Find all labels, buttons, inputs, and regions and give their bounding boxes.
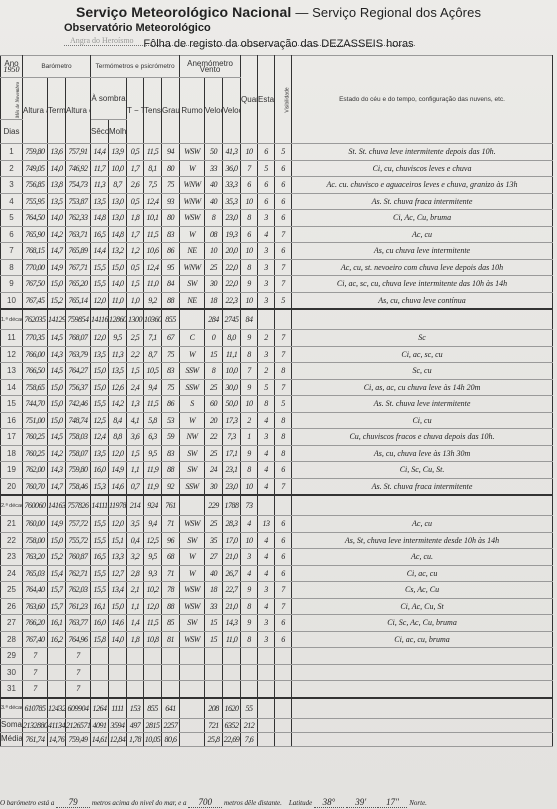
apparent-height-cell: 7 xyxy=(23,648,48,665)
wet-temp-cell: 12,84 xyxy=(109,732,127,746)
wind-direction-cell: SW xyxy=(180,445,205,462)
visibility-cell: 7 xyxy=(275,379,292,396)
wind-speed-cell: 208 xyxy=(205,698,223,719)
cloud-amount-cell xyxy=(241,681,258,698)
apparent-height-cell: 761,74 xyxy=(23,732,48,746)
visibility-cell xyxy=(275,495,292,516)
wet-temp-cell: 14,6 xyxy=(109,615,127,632)
attached-thermometer-cell: 16,2 xyxy=(48,631,66,648)
cloud-amount-cell: 9 xyxy=(241,276,258,293)
temp-diff-cell: 1,4 xyxy=(127,615,144,632)
corrected-height-cell: 768,07 xyxy=(66,330,91,347)
cloud-amount-cell: 4 xyxy=(241,516,258,533)
wind-speed-cell: 18 xyxy=(205,292,223,309)
dry-temp-cell: 14,61 xyxy=(91,732,109,746)
observation-sheet: Serviço Meteorológico Nacional — Serviço… xyxy=(0,0,557,809)
humidity-cell: 86 xyxy=(162,243,180,260)
attached-thermometer-cell: 14,0 xyxy=(48,160,66,177)
vapor-tension-cell: 9,4 xyxy=(144,379,162,396)
wind-direction-cell: WSW xyxy=(180,516,205,533)
footer: O barómetro está a 79 metros acima do ni… xyxy=(0,797,557,808)
wind-speed-cell: 25 xyxy=(205,379,223,396)
visibility-cell: 6 xyxy=(275,615,292,632)
apparent-height-cell: 751,00 xyxy=(23,412,48,429)
day-number: 6 xyxy=(1,226,23,243)
corrected-height-cell: 759854 xyxy=(66,309,91,330)
table-row: 17760,2514,5758,0312,48,83,66,359NW227,3… xyxy=(1,429,553,446)
wind-speed-mean-cell: 22,0 xyxy=(223,276,241,293)
summary-row: 3.ª década610785124326099041264111115385… xyxy=(1,698,553,719)
wet-temp-cell: 12,7 xyxy=(109,565,127,582)
corrected-height-cell: 753,87 xyxy=(66,193,91,210)
temp-diff-cell: 3,5 xyxy=(127,516,144,533)
table-row: 2977 xyxy=(1,648,553,665)
table-row: 15744,7015,0742,4615,514,21,311,586S6050… xyxy=(1,396,553,413)
humidity-cell: 78 xyxy=(162,582,180,599)
sea-state-cell: 6 xyxy=(258,193,275,210)
altitude-value: 79 xyxy=(56,797,90,808)
wind-speed-cell: 40 xyxy=(205,565,223,582)
visibility-cell: 5 xyxy=(275,292,292,309)
wind-speed-mean-cell: 33,3 xyxy=(223,177,241,194)
humidity-cell: 92 xyxy=(162,478,180,495)
wet-temp-cell: 14,0 xyxy=(109,631,127,648)
wind-speed-cell: 15 xyxy=(205,615,223,632)
wet-temp-cell: 8,8 xyxy=(109,429,127,446)
humidity-cell: 84 xyxy=(162,276,180,293)
humidity-cell: 94 xyxy=(162,144,180,161)
visibility-cell: 5 xyxy=(275,396,292,413)
humidity-header: Grau de humi-dade xyxy=(162,78,180,144)
dry-temp-cell: 1264 xyxy=(91,698,109,719)
apparent-height-cell: 749,05 xyxy=(23,160,48,177)
corrected-height-cell: 754,73 xyxy=(66,177,91,194)
sea-state-cell: 4 xyxy=(258,478,275,495)
visibility-cell xyxy=(275,681,292,698)
days-header: Dias xyxy=(1,120,23,144)
wind-speed-mean-cell: 1620 xyxy=(223,698,241,719)
temp-diff-cell: 497 xyxy=(127,718,144,732)
wind-direction-cell xyxy=(180,309,205,330)
wind-speed-cell: 35 xyxy=(205,532,223,549)
temp-diff-cell: 153 xyxy=(127,698,144,719)
visibility-cell: 6 xyxy=(275,549,292,566)
sea-state-cell xyxy=(258,718,275,732)
sea-state-cell xyxy=(258,664,275,681)
attached-thermometer-cell: 13,5 xyxy=(48,193,66,210)
sea-state-cell: 4 xyxy=(258,412,275,429)
wind-direction-cell: WSW xyxy=(180,598,205,615)
sky-state-cell: Cu, chuviscos fracos e chuva depois das … xyxy=(292,429,553,446)
visibility-cell: 6 xyxy=(275,462,292,479)
sky-state-cell: Ci, cu xyxy=(292,412,553,429)
vapor-tension-cell: 10,2 xyxy=(144,582,162,599)
wind-direction-cell: WNW xyxy=(180,193,205,210)
corrected-height-cell: 746,92 xyxy=(66,160,91,177)
dry-temp-cell: 15,5 xyxy=(91,532,109,549)
visibility-cell xyxy=(275,732,292,746)
wet-temp-cell: 12,6 xyxy=(109,379,127,396)
visibility-cell: 6 xyxy=(275,193,292,210)
wind-speed-cell: 25 xyxy=(205,259,223,276)
wind-direction-cell xyxy=(180,718,205,732)
corrected-height-cell: 7 xyxy=(66,664,91,681)
vapor-tension-cell: 11,5 xyxy=(144,396,162,413)
visibility-cell: 7 xyxy=(275,259,292,276)
wet-temp-cell: 10,0 xyxy=(109,160,127,177)
vapor-tension-cell: 924 xyxy=(144,495,162,516)
attached-thermometer-cell: 14,5 xyxy=(48,363,66,380)
wind-speed-cell: 25 xyxy=(205,516,223,533)
vapor-tension-header: Tensão do v. par atmos-férico xyxy=(144,78,162,144)
wet-temp-cell: 13,0 xyxy=(109,193,127,210)
visibility-cell: 6 xyxy=(275,516,292,533)
dry-temp-cell: 15,0 xyxy=(91,379,109,396)
attached-thermometer-cell: 13,8 xyxy=(48,177,66,194)
wind-speed-cell: 33 xyxy=(205,598,223,615)
corrected-height-cell: 7 xyxy=(66,648,91,665)
temp-diff-cell: 0,4 xyxy=(127,532,144,549)
temp-diff-cell: 3,6 xyxy=(127,429,144,446)
day-number: 11 xyxy=(1,330,23,347)
cloud-amount-cell: 10 xyxy=(241,144,258,161)
table-row: 16751,0015,0748,7412,58,44,15,853W2017,3… xyxy=(1,412,553,429)
wind-speed-cell: 30 xyxy=(205,276,223,293)
attached-thermometer-cell: 15,7 xyxy=(48,582,66,599)
cloud-amount-cell: 3 xyxy=(241,549,258,566)
temp-diff-cell: 1,2 xyxy=(127,243,144,260)
humidity-cell: 855 xyxy=(162,309,180,330)
day-number: 2 xyxy=(1,160,23,177)
wet-temp-cell: 13,9 xyxy=(109,144,127,161)
attached-thermometer-cell: 15,0 xyxy=(48,396,66,413)
wind-direction-cell xyxy=(180,732,205,746)
vapor-tension-cell: 10,1 xyxy=(144,210,162,227)
dry-temp-cell: 15,0 xyxy=(91,363,109,380)
sky-state-cell xyxy=(292,732,553,746)
wet-temp-cell: 11978 xyxy=(109,495,127,516)
wind-speed-cell: 10 xyxy=(205,243,223,260)
apparent-height-cell: 764,50 xyxy=(23,210,48,227)
wind-speed-cell: 20 xyxy=(205,412,223,429)
day-number: 29 xyxy=(1,648,23,665)
table-row: 3756,8513,8754,7311,38,72,67,575WNW4033,… xyxy=(1,177,553,194)
summary-label: 3.ª década xyxy=(1,698,23,719)
day-number: 19 xyxy=(1,462,23,479)
wind-speed-cell: 0 xyxy=(205,330,223,347)
table-row: 18760,2514,2758,0713,512,01,59,583SW2517… xyxy=(1,445,553,462)
temp-diff-cell: 1,5 xyxy=(127,445,144,462)
wind-speed-cell: 24 xyxy=(205,462,223,479)
temp-diff-cell: 2,1 xyxy=(127,582,144,599)
sky-state-cell: As, cu chuva leve intermitente xyxy=(292,243,553,260)
visibility-cell: 7 xyxy=(275,276,292,293)
day-number: 24 xyxy=(1,565,23,582)
wet-temp-cell: 8,7 xyxy=(109,177,127,194)
attached-thermometer-cell: 14,3 xyxy=(48,346,66,363)
wind-speed-cell: 30 xyxy=(205,478,223,495)
wind-speed-mean-cell: 41,3 xyxy=(223,144,241,161)
wet-temp-cell: 3594 xyxy=(109,718,127,732)
corrected-height-cell: 765,14 xyxy=(66,292,91,309)
wind-speed-cell: 60 xyxy=(205,396,223,413)
attached-thermometer-cell: 15,0 xyxy=(48,412,66,429)
corrected-height-cell: 757,72 xyxy=(66,516,91,533)
dry-temp-cell: 15,5 xyxy=(91,516,109,533)
attached-thermometer-header: Termó-metro adjunto xyxy=(48,78,66,144)
apparent-height-cell: 766,20 xyxy=(23,615,48,632)
wind-speed-mean-cell: 11,0 xyxy=(223,631,241,648)
attached-thermometer-cell: 14,3 xyxy=(48,462,66,479)
temp-diff-cell: 1300 xyxy=(127,309,144,330)
dry-temp-cell: 15,5 xyxy=(91,276,109,293)
corrected-height-cell: 761,23 xyxy=(66,598,91,615)
sky-state-cell: As. St. chuva leve intermitente xyxy=(292,396,553,413)
day-number: 20 xyxy=(1,478,23,495)
corrected-height-cell: 757826 xyxy=(66,495,91,516)
attached-thermometer-cell: 16,1 xyxy=(48,615,66,632)
wind-speed-mean-cell: 20,0 xyxy=(223,243,241,260)
vapor-tension-cell: 6,3 xyxy=(144,429,162,446)
corrected-height-cell: 763,71 xyxy=(66,226,91,243)
wind-speed-mean-cell: 17,3 xyxy=(223,412,241,429)
dry-temp-cell: 14,4 xyxy=(91,243,109,260)
visibility-header: Visibilidade xyxy=(275,56,292,144)
temp-diff-cell: 2,5 xyxy=(127,330,144,347)
observation-table: Ano1950 Barómetro Termómetros e psicróme… xyxy=(0,55,553,747)
dry-temp-cell: 12,5 xyxy=(91,412,109,429)
apparent-height-cell: 758,65 xyxy=(23,379,48,396)
apparent-height-cell: 766,50 xyxy=(23,363,48,380)
wind-direction-cell: SSW xyxy=(180,478,205,495)
corrected-height-cell: 758,03 xyxy=(66,429,91,446)
day-number: 28 xyxy=(1,631,23,648)
dry-temp-cell: 15,8 xyxy=(91,631,109,648)
sea-state-cell: 3 xyxy=(258,276,275,293)
wind-speed-mean-cell: 22,7 xyxy=(223,582,241,599)
temp-diff-cell: 1,7 xyxy=(127,160,144,177)
vapor-tension-cell: 11,5 xyxy=(144,144,162,161)
humidity-cell: 53 xyxy=(162,412,180,429)
dry-temp-cell: 15,5 xyxy=(91,565,109,582)
attached-thermometer-cell: 15,2 xyxy=(48,549,66,566)
table-row: 8770,0014,9767,7115,515,00,512,495WNW252… xyxy=(1,259,553,276)
dry-temp-cell: 16,0 xyxy=(91,462,109,479)
sea-state-cell: 5 xyxy=(258,379,275,396)
month-cell: Mês de Novembro xyxy=(1,78,23,120)
sky-state-cell: St. St. chuva leve intermitente depois d… xyxy=(292,144,553,161)
sky-state-cell: As. St. chuva fraca intermitente xyxy=(292,478,553,495)
vapor-tension-cell: 8,1 xyxy=(144,160,162,177)
apparent-height-cell: 7 xyxy=(23,681,48,698)
cloud-amount-cell: 8 xyxy=(241,462,258,479)
wind-speed-mean-cell: 30,0 xyxy=(223,379,241,396)
humidity-cell: 93 xyxy=(162,193,180,210)
dry-temp-cell: 16,5 xyxy=(91,226,109,243)
corrected-height-cell: 764,27 xyxy=(66,363,91,380)
wind-speed-mean-cell: 17,0 xyxy=(223,532,241,549)
temp-diff-cell: 0,5 xyxy=(127,193,144,210)
humidity-cell: 96 xyxy=(162,532,180,549)
humidity-cell: 85 xyxy=(162,615,180,632)
vapor-tension-cell xyxy=(144,681,162,698)
wet-temp-cell: 13,4 xyxy=(109,582,127,599)
vapor-tension-cell: 8,7 xyxy=(144,346,162,363)
apparent-height-cell: 765,90 xyxy=(23,226,48,243)
apparent-height-cell: 764,40 xyxy=(23,582,48,599)
humidity-cell xyxy=(162,681,180,698)
corrected-height-cell: 609904 xyxy=(66,698,91,719)
humidity-cell: 83 xyxy=(162,445,180,462)
wind-speed-mean-cell: 21,0 xyxy=(223,549,241,566)
wind-direction-cell: W xyxy=(180,549,205,566)
wind-speed-cell: 40 xyxy=(205,177,223,194)
temp-diff-cell: 1,1 xyxy=(127,462,144,479)
cloud-amount-cell: 9 xyxy=(241,615,258,632)
corrected-height-cell: 759,49 xyxy=(66,732,91,746)
sea-state-cell: 4 xyxy=(258,598,275,615)
vapor-tension-cell: 10,6 xyxy=(144,243,162,260)
vapor-tension-cell: 12,4 xyxy=(144,259,162,276)
sea-state-cell xyxy=(258,698,275,719)
visibility-cell: 6 xyxy=(275,160,292,177)
day-number: 4 xyxy=(1,193,23,210)
wet-temp-cell: 15,1 xyxy=(109,532,127,549)
sea-state-cell xyxy=(258,648,275,665)
sky-state-cell: Ac, cu xyxy=(292,226,553,243)
day-number: 16 xyxy=(1,412,23,429)
apparent-height-cell: 610785 xyxy=(23,698,48,719)
wet-temp-cell: 13,0 xyxy=(109,210,127,227)
table-row: 10767,4515,2765,1412,011,01,09,288NE1822… xyxy=(1,292,553,309)
vapor-tension-cell xyxy=(144,648,162,665)
sky-state-cell: Ci, cu, chuviscos leves e chuva xyxy=(292,160,553,177)
sea-state-cell: 3 xyxy=(258,615,275,632)
footer-text-2: metros acima do nivel do mar, e a xyxy=(92,799,187,807)
thermometers-header: Termómetros e psicrómetro xyxy=(91,56,180,78)
wind-speed-mean-cell: 22,69 xyxy=(223,732,241,746)
sky-state-cell: Sc xyxy=(292,330,553,347)
sea-state-cell: 4 xyxy=(258,445,275,462)
dry-temp-cell: 12,0 xyxy=(91,292,109,309)
sky-state-cell xyxy=(292,648,553,665)
vapor-tension-cell: 5,8 xyxy=(144,412,162,429)
sky-state-cell: Ci, Sc, Ac, Cu, bruma xyxy=(292,615,553,632)
apparent-height-cell: 760,70 xyxy=(23,478,48,495)
cloud-amount-cell: 6 xyxy=(241,226,258,243)
cloud-amount-cell: 8 xyxy=(241,346,258,363)
temp-diff-cell: 2,6 xyxy=(127,177,144,194)
wind-direction-cell: W xyxy=(180,226,205,243)
dry-temp-cell: 11,7 xyxy=(91,160,109,177)
sea-state-header: Estado do mar xyxy=(258,56,275,144)
wind-direction-cell: SW xyxy=(180,462,205,479)
visibility-cell xyxy=(275,698,292,719)
dry-temp-cell: 14116 xyxy=(91,309,109,330)
visibility-cell: 7 xyxy=(275,582,292,599)
cloud-amount-cell: 8 xyxy=(241,598,258,615)
humidity-cell: 88 xyxy=(162,462,180,479)
visibility-cell xyxy=(275,309,292,330)
latitude-degrees: 38° xyxy=(314,797,344,808)
sky-state-cell: Ci, Sc, Cu, St. xyxy=(292,462,553,479)
vapor-tension-cell: 10,5 xyxy=(144,363,162,380)
apparent-height-cell: 767,40 xyxy=(23,631,48,648)
vapor-tension-cell: 9,5 xyxy=(144,445,162,462)
wind-direction-cell: W xyxy=(180,412,205,429)
apparent-height-cell: 760,25 xyxy=(23,429,48,446)
day-number: 12 xyxy=(1,346,23,363)
temp-diff-cell: 4,1 xyxy=(127,412,144,429)
cloud-amount-cell: 73 xyxy=(241,495,258,516)
wet-temp-cell xyxy=(109,681,127,698)
latitude-hemisphere: Norte. xyxy=(409,799,427,807)
cloud-amount-cell: 8 xyxy=(241,210,258,227)
day-number: 13 xyxy=(1,363,23,380)
attached-thermometer-cell: 14,7 xyxy=(48,243,66,260)
temp-diff-cell: 1,8 xyxy=(127,631,144,648)
temp-diff-cell: 214 xyxy=(127,495,144,516)
temp-diff-cell: 3,2 xyxy=(127,549,144,566)
wind-speed-cell: 8 xyxy=(205,210,223,227)
sea-state-cell: 4 xyxy=(258,549,275,566)
sea-state-cell xyxy=(258,495,275,516)
corrected-height-cell: 2126571 xyxy=(66,718,91,732)
cloud-amount-cell: 10 xyxy=(241,532,258,549)
humidity-cell: 71 xyxy=(162,565,180,582)
humidity-cell: 761 xyxy=(162,495,180,516)
table-row: 9767,5015,0765,2015,514,01,511,084SW3022… xyxy=(1,276,553,293)
corrected-height-header: Altura corrigida xyxy=(66,78,91,144)
cloud-amount-cell: 7,6 xyxy=(241,732,258,746)
year-cell: Ano1950 xyxy=(1,56,23,78)
humidity-cell: 75 xyxy=(162,379,180,396)
apparent-height-cell: 760060 xyxy=(23,495,48,516)
sky-state-cell: As. St. chuva fraca intermitente xyxy=(292,193,553,210)
footer-text-1: O barómetro está a xyxy=(0,799,54,807)
wind-speed-mean-cell: 23,0 xyxy=(223,210,241,227)
attached-thermometer-cell xyxy=(48,664,66,681)
vapor-tension-cell: 11,5 xyxy=(144,226,162,243)
sea-state-cell xyxy=(258,681,275,698)
wind-speed-mean-cell: 19,3 xyxy=(223,226,241,243)
hourly-speed-mean-header: Veloci-dade horária xyxy=(223,78,241,144)
corrected-height-cell: 764,96 xyxy=(66,631,91,648)
humidity-cell: 75 xyxy=(162,177,180,194)
attached-thermometer-cell: 13,6 xyxy=(48,144,66,161)
attached-thermometer-cell: 15,0 xyxy=(48,379,66,396)
wind-speed-mean-cell: 11,1 xyxy=(223,346,241,363)
observatory-label: Observatório Meteorológico xyxy=(64,22,211,34)
wind-direction-cell: WSW xyxy=(180,631,205,648)
day-number: 18 xyxy=(1,445,23,462)
attached-thermometer-cell: 15,4 xyxy=(48,565,66,582)
visibility-cell xyxy=(275,648,292,665)
temp-diff-cell: 2,2 xyxy=(127,346,144,363)
wet-temp-cell: 11,3 xyxy=(109,346,127,363)
table-row: 28767,4016,2764,9615,814,01,810,881WSW15… xyxy=(1,631,553,648)
wind-speed-cell: 40 xyxy=(205,193,223,210)
corrected-height-cell: 756,37 xyxy=(66,379,91,396)
dry-temp-cell: 4091 xyxy=(91,718,109,732)
wet-temp-cell: 14,9 xyxy=(109,462,127,479)
day-number: 27 xyxy=(1,615,23,632)
dry-temp-cell: 11,3 xyxy=(91,177,109,194)
visibility-cell: 6 xyxy=(275,565,292,582)
day-number: 22 xyxy=(1,532,23,549)
shade-header: À sombra xyxy=(91,78,127,120)
dry-temp-cell: 15,3 xyxy=(91,478,109,495)
